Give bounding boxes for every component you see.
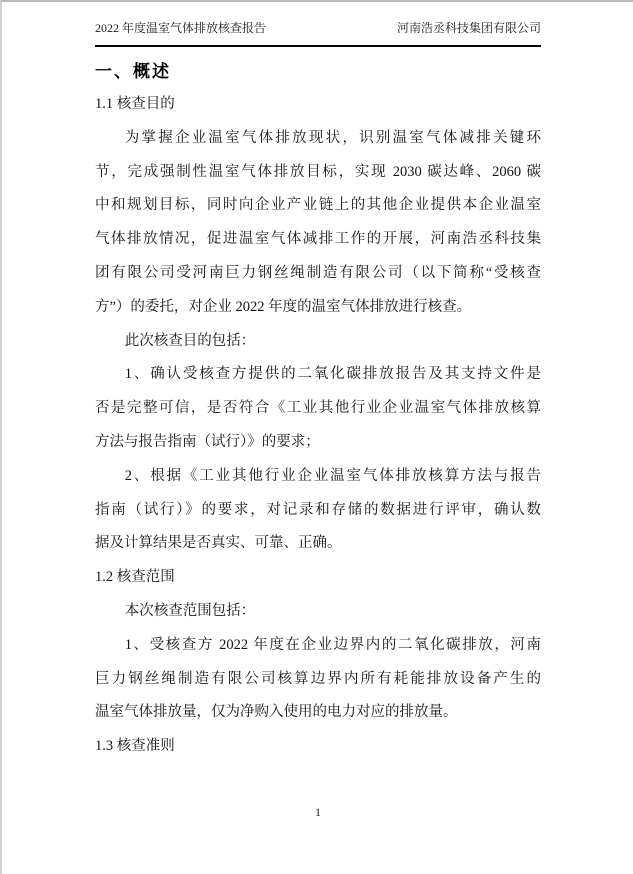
paragraph-line: 巨力钢丝绳制造有限公司核算边界内所有耗能排放设备产生的	[95, 663, 541, 697]
paragraph-line: 指南（试行）》的要求，对记录和存储的数据进行评审，确认数	[95, 494, 541, 528]
paragraph-line: 中和规划目标，同时向企业产业链上的其他企业提供本企业温室	[95, 189, 541, 223]
paragraph-line: 团有限公司受河南巨力钢丝绳制造有限公司（以下简称“受核查	[95, 257, 541, 291]
header-report-title: 2022 年度温室气体排放核查报告	[95, 20, 266, 36]
paragraph-line: 本次核查范围包括：	[95, 595, 541, 629]
paragraph-line: 为掌握企业温室气体排放现状，识别温室气体减排关键环	[95, 122, 541, 156]
section-subheading: 1.3 核查准则	[95, 730, 541, 764]
paragraph-line: 1、受核查方 2022 年度在企业边界内的二氧化碳排放，河南	[95, 629, 541, 663]
paragraph-line: 此次核查目的包括：	[95, 325, 541, 359]
paragraph-line: 据及计算结果是否真实、可靠、正确。	[95, 527, 541, 561]
paragraph-line: 方”）的委托，对企业 2022 年度的温室气体排放进行核查。	[95, 291, 541, 325]
section-title: 一、概述	[95, 60, 541, 84]
document-page: 2022 年度温室气体排放核查报告 河南浩丞科技集团有限公司 一、概述 1.1 …	[0, 0, 633, 874]
document-body: 1.1 核查目的为掌握企业温室气体排放现状，识别温室气体减排关键环节，完成强制性…	[95, 88, 541, 764]
paragraph-line: 方法与报告指南（试行）》的要求；	[95, 426, 541, 460]
paragraph-line: 温室气体排放量，仅为净购入使用的电力对应的排放量。	[95, 696, 541, 730]
section-subheading: 1.2 核查范围	[95, 561, 541, 595]
page-content: 2022 年度温室气体排放核查报告 河南浩丞科技集团有限公司 一、概述 1.1 …	[95, 20, 541, 764]
paragraph-line: 气体排放情况，促进温室气体减排工作的开展，河南浩丞科技集	[95, 223, 541, 257]
paragraph-line: 否是完整可信，是否符合《工业其他行业企业温室气体排放核算	[95, 392, 541, 426]
page-header: 2022 年度温室气体排放核查报告 河南浩丞科技集团有限公司	[95, 20, 541, 47]
page-footer: 1	[95, 804, 541, 820]
header-company-name: 河南浩丞科技集团有限公司	[397, 20, 541, 36]
page-number: 1	[315, 805, 321, 819]
paragraph-line: 2、根据《工业其他行业企业温室气体排放核算方法与报告	[95, 460, 541, 494]
section-subheading: 1.1 核查目的	[95, 88, 541, 122]
paragraph-line: 节，完成强制性温室气体排放目标，实现 2030 碳达峰、2060 碳	[95, 156, 541, 190]
paragraph-line: 1、确认受核查方提供的二氧化碳排放报告及其支持文件是	[95, 358, 541, 392]
